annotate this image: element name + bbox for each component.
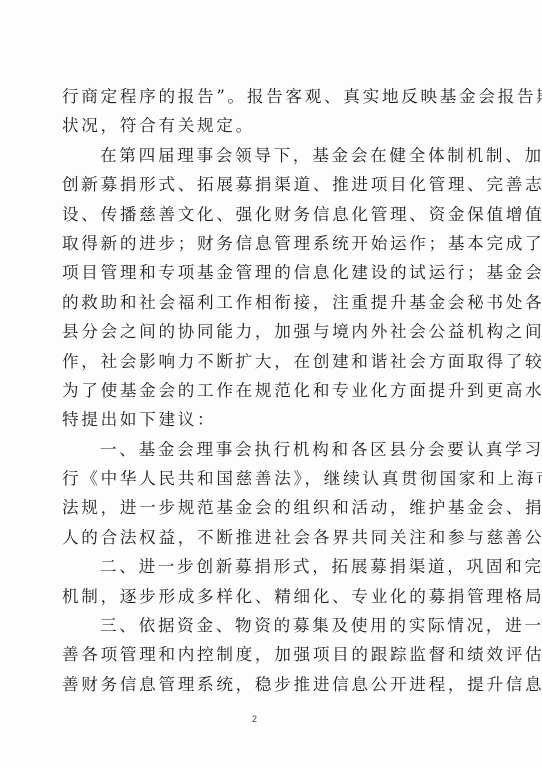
text-line: 行商定程序的报告”。报告客观、真实地反映基金会报告期内的财务 [62,86,464,115]
document-body: 行商定程序的报告”。报告客观、真实地反映基金会报告期内的财务 状况，符合有关规定… [62,86,464,703]
text-line: 县分会之间的协同能力，加强与境内外社会公益机构之间的交流与合 [62,321,464,350]
text-line: 的救助和社会福利工作相衔接，注重提升基金会秘书处各部门及各区 [62,292,464,321]
text-line: 行《中华人民共和国慈善法》，继续认真贯彻国家和上海市有关法律、 [62,468,464,497]
text-line: 善财务信息管理系统，稳步推进信息公开进程，提升信息化、专业化 [62,674,464,703]
text-line: 取得新的进步；财务信息管理系统开始运作；基本完成了募捐管理、 [62,233,464,262]
text-line: 状况，符合有关规定。 [62,115,464,144]
recommendation-2-start: 二、进一步创新募捐形式，拓展募捐渠道，巩固和完善募捐长效 [62,556,464,585]
paragraph-start-line: 在第四届理事会领导下，基金会在健全体制机制、加强分会建设、 [62,145,464,174]
text-line: 机制，逐步形成多样化、精细化、专业化的募捐管理格局。 [62,586,464,615]
text-line: 项目管理和专项基金管理的信息化建设的试运行；基金会主动与政府 [62,262,464,291]
text-line: 作，社会影响力不断扩大，在创建和谐社会方面取得了较显著的成绩。 [62,351,464,380]
text-line: 设、传播慈善文化、强化财务信息化管理、资金保值增值等方面不断 [62,204,464,233]
text-line: 法规，进一步规范基金会的组织和活动，维护基金会、捐赠人和受益 [62,497,464,526]
text-line: 为了使基金会的工作在规范化和专业化方面提升到更高水平，监事会 [62,380,464,409]
document-page: 行商定程序的报告”。报告客观、真实地反映基金会报告期内的财务 状况，符合有关规定… [0,0,542,768]
text-line: 人的合法权益，不断推进社会各界共同关注和参与慈善公益事业。 [62,527,464,556]
text-line: 创新募捐形式、拓展募捐渠道、推进项目化管理、完善志愿者队伍建 [62,174,464,203]
text-line: 善各项管理和内控制度，加强项目的跟踪监督和绩效评估，巩固和完 [62,644,464,673]
text-line: 特提出如下建议： [62,409,464,438]
page-number: 2 [252,714,257,724]
recommendation-1-start: 一、基金会理事会执行机构和各区县分会要认真学习、贯彻、执 [62,439,464,468]
recommendation-3-start: 三、依据资金、物资的募集及使用的实际情况，进一步建立和完 [62,615,464,644]
